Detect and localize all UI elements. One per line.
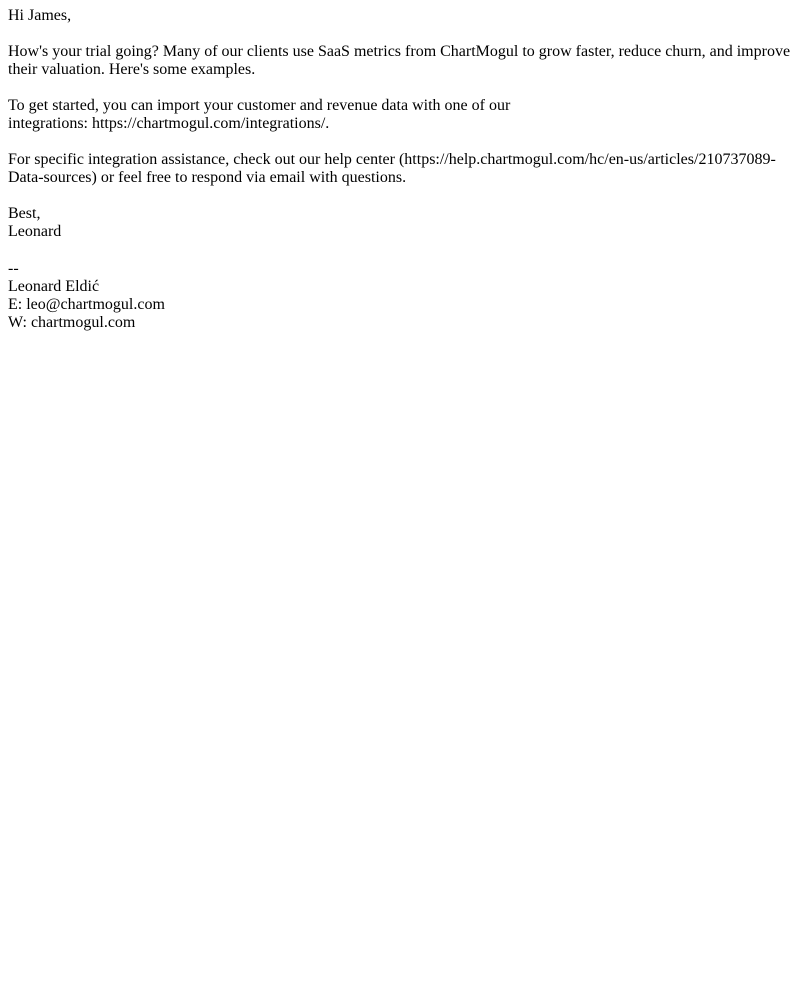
greeting: Hi James, — [8, 7, 800, 25]
spacer — [8, 133, 800, 151]
signoff: Best, Leonard — [8, 205, 800, 241]
signature: -- Leonard Eldić E: leo@chartmogul.com W… — [8, 260, 800, 332]
integrations-label: integrations: — [8, 115, 92, 132]
closing: Best, — [8, 205, 800, 223]
spacer — [8, 241, 800, 260]
signature-separator: -- — [8, 260, 800, 278]
getting-started-line-2: integrations: https://chartmogul.com/int… — [8, 115, 800, 133]
intro-paragraph: How's your trial going? Many of our clie… — [8, 43, 800, 79]
sender-first-name: Leonard — [8, 223, 800, 241]
integrations-url: https://chartmogul.com/integrations/ — [92, 115, 325, 132]
help-suffix: ) or feel free to respond via email with… — [92, 169, 407, 186]
spacer — [8, 187, 800, 205]
help-paragraph: For specific integration assistance, che… — [8, 151, 800, 187]
period: . — [325, 115, 329, 132]
spacer — [8, 25, 800, 43]
signature-full-name: Leonard Eldić — [8, 278, 800, 296]
signature-email: E: leo@chartmogul.com — [8, 296, 800, 314]
help-prefix: For specific integration assistance, che… — [8, 151, 404, 168]
email-body: Hi James, How's your trial going? Many o… — [8, 7, 800, 332]
spacer — [8, 79, 800, 97]
getting-started-paragraph: To get started, you can import your cust… — [8, 97, 800, 133]
getting-started-line-1: To get started, you can import your cust… — [8, 97, 800, 115]
signature-website: W: chartmogul.com — [8, 314, 800, 332]
